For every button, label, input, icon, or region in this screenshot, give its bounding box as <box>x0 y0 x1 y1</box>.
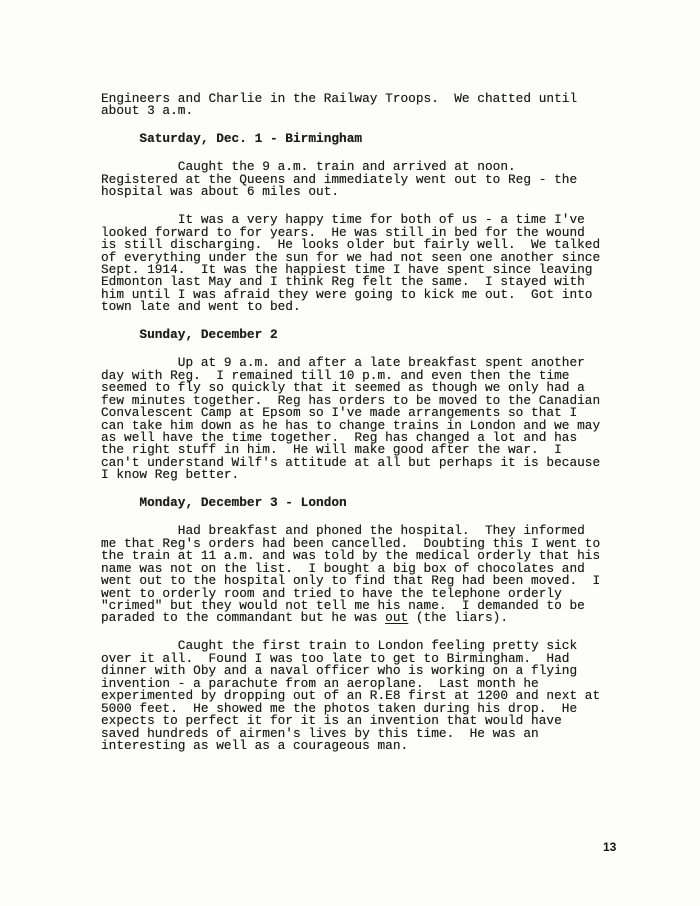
underlined-word: out <box>385 610 408 625</box>
diary-page: Engineers and Charlie in the Railway Tro… <box>0 0 700 906</box>
diary-paragraph: Caught the first train to London feeling… <box>101 640 600 752</box>
text-line: I know Reg better. <box>101 469 600 481</box>
diary-paragraph: Caught the 9 a.m. train and arrived at n… <box>101 161 600 198</box>
diary-heading: Monday, December 3 - London <box>101 497 600 509</box>
diary-heading: Sunday, December 2 <box>101 329 600 341</box>
diary-heading: Saturday, Dec. 1 - Birmingham <box>101 133 600 145</box>
diary-paragraph: Up at 9 a.m. and after a late breakfast … <box>101 357 600 482</box>
text-line: town late and went to bed. <box>101 301 600 313</box>
page-number: 13 <box>603 840 616 854</box>
text-line: paraded to the commandant but he was out… <box>101 612 600 624</box>
text-line: Saturday, Dec. 1 - Birmingham <box>101 133 600 145</box>
diary-paragraph: Engineers and Charlie in the Railway Tro… <box>101 93 600 118</box>
diary-text: Engineers and Charlie in the Railway Tro… <box>101 93 600 752</box>
diary-paragraph: It was a very happy time for both of us … <box>101 214 600 314</box>
text-line: Sunday, December 2 <box>101 329 600 341</box>
text-line: about 3 a.m. <box>101 105 600 117</box>
text-line: interesting as well as a courageous man. <box>101 740 600 752</box>
text-line: Monday, December 3 - London <box>101 497 600 509</box>
diary-paragraph: Had breakfast and phoned the hospital. T… <box>101 525 600 625</box>
text-line: hospital was about 6 miles out. <box>101 186 600 198</box>
